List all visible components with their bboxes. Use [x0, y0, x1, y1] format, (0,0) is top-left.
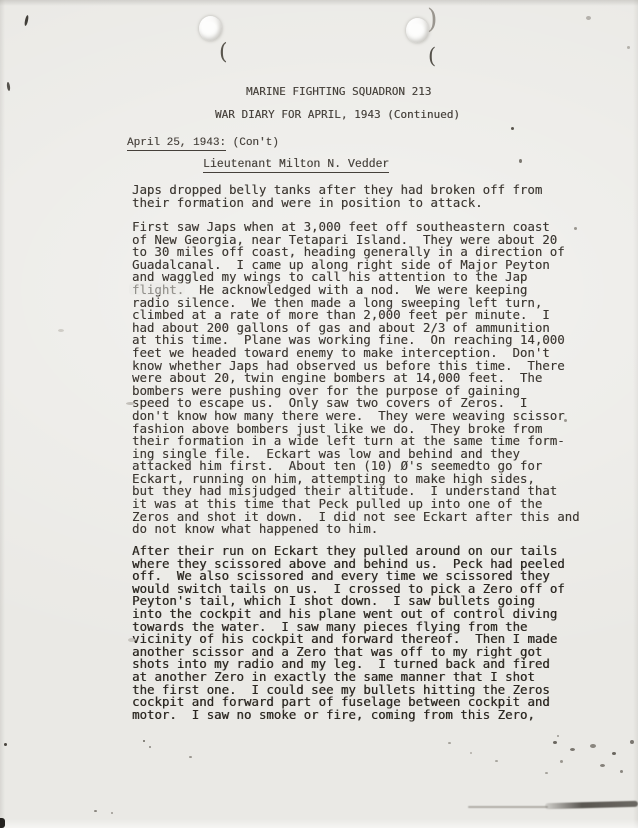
entry-date: April 25, 1943:	[127, 137, 226, 151]
scan-speckle	[111, 812, 113, 814]
scan-speckle	[58, 329, 64, 332]
scan-speckle	[570, 748, 575, 751]
scan-speckle	[126, 402, 135, 405]
scan-speckle	[511, 127, 514, 130]
scan-speckle	[448, 742, 451, 744]
scan-speckle	[143, 740, 145, 742]
scan-speckle	[6, 82, 10, 91]
officer-name-line: Lieutenant Milton N. Vedder	[203, 158, 389, 171]
scan-speckle	[627, 46, 630, 49]
smudge-streak	[468, 806, 548, 808]
scanned-war-diary-page: ) ( ( MARINE FIGHTING SQUADRON 213 WAR D…	[0, 0, 638, 828]
squadron-title: MARINE FIGHTING SQUADRON 213	[246, 85, 431, 98]
entry-date-note: (Con't)	[226, 137, 279, 149]
paragraph-1: Japs dropped belly tanks after they had …	[132, 184, 542, 209]
scan-speckle	[4, 743, 7, 746]
scan-speckle	[189, 756, 192, 758]
smudge-streak	[545, 801, 638, 809]
officer-name: Lieutenant Milton N. Vedder	[203, 158, 389, 173]
pen-paren-mark-left: (	[219, 42, 228, 64]
scan-speckle	[470, 752, 472, 754]
hole-punch-right	[406, 18, 429, 43]
corner-mark	[0, 818, 5, 828]
hole-punch-left	[199, 16, 222, 41]
scan-speckle	[149, 746, 151, 748]
scan-speckle	[620, 770, 623, 773]
scan-speckle	[586, 16, 591, 20]
paragraph-3: After their run on Eckart they pulled ar…	[132, 545, 565, 721]
scan-speckle	[612, 752, 616, 755]
scan-speckle	[553, 741, 557, 744]
entry-date-line: April 25, 1943: (Con't)	[127, 137, 279, 150]
scan-speckle	[519, 159, 522, 163]
faded-ink-patch	[129, 283, 185, 295]
scan-speckle	[590, 744, 596, 748]
scan-speckle	[24, 15, 29, 26]
paragraph-2: First saw Japs when at 3,000 feet off so…	[132, 221, 580, 536]
scan-speckle	[128, 638, 135, 642]
scan-speckle	[560, 760, 563, 763]
pen-paren-mark-right: (	[428, 46, 436, 67]
scan-speckle	[564, 419, 567, 422]
scan-speckle	[630, 740, 634, 744]
scan-speckle	[600, 764, 605, 767]
scan-speckle	[94, 810, 97, 812]
scan-speckle	[545, 772, 548, 774]
scan-speckle	[574, 227, 577, 230]
pen-curve-mark: )	[427, 6, 438, 33]
diary-title: WAR DIARY FOR APRIL, 1943 (Continued)	[215, 108, 460, 121]
scan-speckle	[557, 735, 559, 737]
scan-speckle	[495, 760, 498, 762]
